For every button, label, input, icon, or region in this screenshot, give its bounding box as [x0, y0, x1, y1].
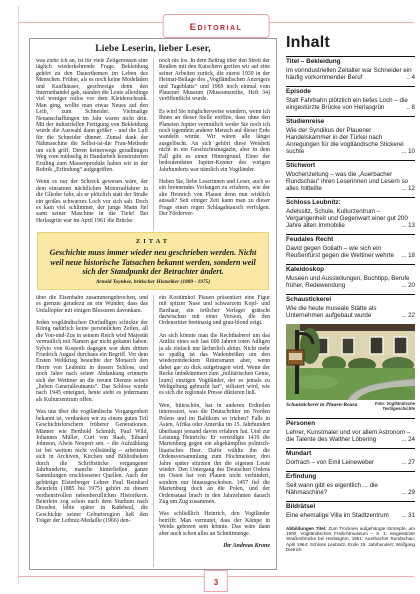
- toc-section-mundart: Mundart Dorfrach – von Emil Leineweber..…: [286, 448, 415, 466]
- toc-sidebar: Inhalt Titel – Bekleidung Im vorindustri…: [286, 34, 415, 582]
- editorial-paragraph: An sich könnte man die Rechthaberei um d…: [159, 333, 270, 397]
- toc-entry: Museen und Ausstellungen, Buchtipp, Beru…: [286, 275, 415, 289]
- editorial-paragraph: was ziehe ich an, ist für viele Zeitgeno…: [36, 58, 148, 173]
- page-header: Editorial: [18, 14, 414, 30]
- editorial-signature: Ihr Andreas Krone: [159, 543, 270, 549]
- editorial-col2-bottom: ein Kostümhof Plauen präsentiert eine Fi…: [153, 295, 270, 567]
- quote-attribution: Arnold Toynbee, britischer Historiker (1…: [48, 279, 258, 285]
- toc-section-heading: Titel – Bekleidung: [286, 56, 415, 66]
- page-number-badge: 3: [204, 570, 228, 592]
- toc-entry: Eine ehemalige Villa im Stadtzentrum... …: [286, 512, 415, 519]
- toc-section-heading: Stichwort: [286, 160, 415, 170]
- toc-section-heading: Episode: [286, 86, 415, 96]
- toc-entry-text: Seit wann gibt es eigentlich ... die Näh…: [286, 482, 378, 496]
- toc-section-heading: Feudales Recht: [286, 234, 415, 244]
- toc-section-schaustickerei: Schaustickerei Wie die heute museale Stä…: [286, 294, 415, 319]
- toc-photo: [286, 324, 415, 400]
- toc-section-stichwort: Stichwort Wochenzeitung – was die „Auerb…: [286, 160, 415, 192]
- editorial-heading: Liebe Leserin, lieber Leser,: [36, 44, 270, 54]
- toc-entry: Statt Fahrbahn plötzlich ein tiefes Loch…: [286, 97, 415, 111]
- toc-entry-text: Statt Fahrbahn plötzlich ein tiefes Loch…: [286, 97, 408, 111]
- toc-section-heading: Mundart: [286, 448, 415, 458]
- toc-entry: Wochenzeitung – was die „Auerbacher Rund…: [286, 171, 415, 192]
- editorial-columns-bottom: über die Eisenbahn zusammengebrochen, un…: [36, 295, 270, 567]
- toc-section-kaleidoskop: Kaleidoskop Museen und Ausstellungen, Bu…: [286, 264, 415, 289]
- toc-entry-page: .. 8: [403, 104, 415, 111]
- toc-section-studienreise: Studienreise Wie der Syndikus der Plauen…: [286, 116, 415, 155]
- quote-text: Geschichte muss immer wieder neu geschri…: [48, 248, 258, 277]
- editorial-paragraph: Haben Sie, liebe Leserinnen und Leser, a…: [159, 179, 270, 217]
- photo-credit: Foto: Vogtländische Textilgeschichte: [371, 402, 415, 412]
- toc-entry: Dorfrach – von Emil Leineweber... 27: [286, 459, 415, 466]
- toc-entry-page: ... 24: [398, 436, 415, 443]
- toc-section-episode: Episode Statt Fahrbahn plötzlich ein tie…: [286, 86, 415, 111]
- toc-entry: David gegen Goliath – wie sich ein Reuße…: [286, 245, 415, 259]
- toc-entry-text: Adelssitz, Schule, Kulturzentrum – Verga…: [286, 208, 408, 229]
- toc-section-erfindung: Erfindung Seit wann gibt es eigentlich .…: [286, 471, 415, 496]
- toc-section-bildraetsel: Bildrätsel Eine ehemalige Villa im Stadt…: [286, 501, 415, 519]
- toc-entry-page: .. 4: [403, 74, 415, 81]
- header-label: Editorial: [190, 22, 243, 33]
- editorial-columns-top: was ziehe ich an, ist für viele Zeitgeno…: [36, 58, 270, 230]
- page-edge-line: [18, 6, 19, 584]
- editorial-paragraph: noch nie los. In dem Beitrag über den St…: [159, 58, 270, 103]
- toc-entry-page: ... 10: [398, 148, 415, 155]
- schaustickerei-photo-illustration: [286, 324, 415, 400]
- toc-entry-page: ... 29: [398, 489, 415, 496]
- editorial-paragraph: ein Kostümhof Plauen präsentiert eine Fi…: [159, 295, 270, 327]
- toc-section-heading: Kaleidoskop: [286, 264, 415, 274]
- toc-entry: Wie die heute museale Stätte als Unterne…: [286, 305, 415, 319]
- toc-section-titel: Titel – Bekleidung Im vorindustriellen Z…: [286, 56, 415, 81]
- quote-label: ZITAT: [48, 238, 258, 245]
- toc-entry: Adelssitz, Schule, Kulturzentrum – Verga…: [286, 208, 415, 229]
- editorial-paragraph: über die Eisenbahn zusammengebrochen, un…: [36, 295, 148, 314]
- toc-section-heading: Personen: [286, 418, 415, 428]
- editorial-paragraph: Jeden vogtländischen Dorfadligen schickt…: [36, 320, 148, 403]
- toc-entry-text: Im vorindustriellen Zeitalter war Schnei…: [286, 67, 412, 81]
- page-footer: 3: [18, 570, 414, 584]
- toc-entry-text: Museen und Ausstellungen, Buchtipp, Beru…: [286, 275, 410, 289]
- image-credits: Abbildungen Titel: Zum Trocknen aufgehän…: [286, 526, 415, 553]
- toc-entry: Wie der Syndikus der Plauener Handelskam…: [286, 127, 415, 155]
- toc-section-heading: Studienreise: [286, 116, 415, 126]
- toc-title: Inhalt: [286, 34, 415, 51]
- photo-caption-row: Schaustickerei in Plauen-Reusa Foto: Vog…: [286, 402, 415, 412]
- editorial-box: Liebe Leserin, lieber Leser, was ziehe i…: [29, 38, 277, 570]
- toc-section-heading: Erfindung: [286, 471, 415, 481]
- toc-entry-page: ... 31: [398, 512, 415, 519]
- toc-entry-page: ... 20: [398, 282, 415, 289]
- editorial-col1-bottom: über die Eisenbahn zusammengebrochen, un…: [36, 295, 153, 567]
- toc-entry-text: Wie die heute museale Stätte als Unterne…: [286, 305, 376, 319]
- toc-section-heading: Schaustickerei: [286, 294, 415, 304]
- editorial-paragraph: Wenn es nur der Schreck gewesen wäre, de…: [36, 179, 148, 224]
- image-credits-label: Abbildungen Titel:: [286, 526, 327, 531]
- toc-entry: Seit wann gibt es eigentlich ... die Näh…: [286, 482, 415, 496]
- toc-entry-text: Eine ehemalige Villa im Stadtzentrum: [286, 512, 389, 519]
- toc-section-feudales-recht: Feudales Recht David gegen Goliath – wie…: [286, 234, 415, 259]
- photo-caption: Schaustickerei in Plauen-Reusa: [286, 402, 357, 408]
- toc-entry-page: ... 12: [398, 185, 415, 192]
- toc-entry-page: ... 18: [398, 252, 415, 259]
- toc-entry-page: ... 22: [398, 312, 415, 319]
- editorial-paragraph: Was schließlich Heinrich, den Vogtländer…: [159, 511, 270, 537]
- editorial-paragraph: Wen, bitteschön, hat in anderen Erdteile…: [159, 403, 270, 506]
- quote-box: ZITAT Geschichte muss immer wieder neu g…: [37, 232, 269, 290]
- editorial-col2-top: noch nie los. In dem Beitrag über den St…: [153, 58, 270, 230]
- toc-entry-text: Lehrer, Kunstmaler und vor allem Astrono…: [286, 429, 410, 443]
- toc-entry: Im vorindustriellen Zeitalter war Schnei…: [286, 67, 415, 81]
- toc-entry: Lehrer, Kunstmaler und vor allem Astrono…: [286, 429, 415, 443]
- toc-section-schloss-leubnitz: Schloss Leubnitz: Adelssitz, Schule, Kul…: [286, 197, 415, 229]
- toc-section-heading: Schloss Leubnitz:: [286, 197, 415, 207]
- editorial-paragraph: Was uns über die vogtländische Vergangen…: [36, 409, 148, 524]
- toc-section-heading: Bildrätsel: [286, 501, 415, 511]
- editorial-col1-top: was ziehe ich an, ist für viele Zeitgeno…: [36, 58, 153, 230]
- header-badge: Editorial: [163, 14, 270, 38]
- toc-entry-text: David gegen Goliath – wie sich ein Reuße…: [286, 245, 394, 259]
- toc-entry-text: Wie der Syndikus der Plauener Handelskam…: [286, 127, 404, 155]
- toc-entry-page: ... 13: [398, 222, 415, 229]
- toc-section-personen: Personen Lehrer, Kunstmaler und vor alle…: [286, 418, 415, 443]
- toc-entry-page: ... 27: [398, 459, 415, 466]
- page-number: 3: [214, 578, 218, 587]
- toc-entry-text: Wochenzeitung – was die „Auerbacher Rund…: [286, 171, 408, 192]
- editorial-paragraph: Es wird Sie möglicherweise wundern, wenn…: [159, 109, 270, 173]
- toc-entry-text: Dorfrach – von Emil Leineweber: [286, 459, 374, 466]
